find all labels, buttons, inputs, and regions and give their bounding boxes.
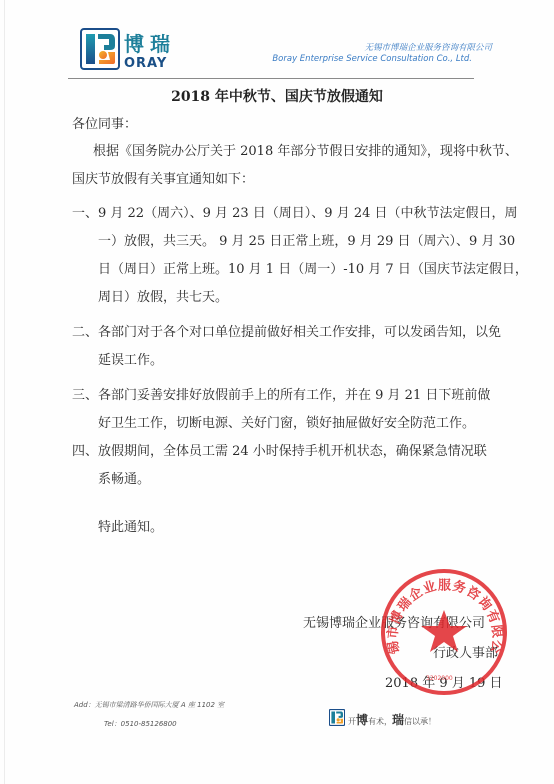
closing-remark: 特此通知。 bbox=[98, 516, 163, 535]
page-edge bbox=[4, 0, 5, 784]
header-divider bbox=[68, 78, 474, 79]
salutation: 各位同事： bbox=[72, 113, 137, 132]
item-1-line-4: 周日）放假，共七天。 bbox=[98, 286, 228, 305]
logo-english-name: ORAY bbox=[124, 56, 167, 71]
company-name-en: Boray Enterprise Service Consultation Co… bbox=[272, 54, 472, 64]
intro-line-1: 根据《国务院办公厅关于 2018 年部分节假日安排的通知》，现将中秋节、 bbox=[93, 138, 518, 166]
company-logo: 博瑞 ORAY bbox=[80, 28, 190, 72]
item-3-line-1: 三、各部门妥善安排好放假前手上的所有工作，并在 9 月 21 日下班前做 bbox=[72, 384, 490, 403]
slogan-part-1: 开 bbox=[348, 717, 356, 726]
star-icon bbox=[421, 610, 467, 652]
item-1-line-2: 一）放假，共三天。 9 月 25 日正常上班，9 月 29 日（周六）、9 月 … bbox=[98, 230, 515, 249]
document-title: 2018 年中秋节、国庆节放假通知 bbox=[0, 86, 554, 106]
svg-text:3202000: 3202000 bbox=[426, 675, 453, 682]
slogan-part-3: 有术， bbox=[368, 717, 392, 726]
company-name-cn: 无锡市博瑞企业服务咨询有限公司 bbox=[364, 41, 492, 53]
document-page: 博瑞 ORAY 无锡市博瑞企业服务咨询有限公司 Boray Enterprise… bbox=[0, 0, 554, 784]
item-2-line-1: 二、各部门对于各个对口单位提前做好相关工作安排，可以发函告知，以免 bbox=[72, 321, 501, 340]
company-seal-stamp: 无锡市博瑞企业服务咨询有限公司 3202000 bbox=[378, 566, 510, 698]
slogan-part-4: 瑞 bbox=[392, 713, 404, 727]
slogan-text: 开博有术，瑞信以承！ bbox=[348, 711, 436, 728]
intro-line-2: 国庆节放假有关事宜通知如下： bbox=[72, 166, 254, 194]
footer-telephone: Tel：0510-85126800 bbox=[104, 719, 177, 729]
item-1-line-1: 一、9 月 22（周六）、9 月 23 日（周日）、9 月 24 日（中秋节法定… bbox=[72, 202, 518, 221]
item-4-line-1: 四、放假期间，全体员工需 24 小时保持手机开机状态，确保紧急情况联 bbox=[72, 440, 487, 459]
logo-b-icon bbox=[80, 28, 120, 70]
slogan-part-2: 博 bbox=[356, 713, 368, 727]
footer-address: Add：无锡市梁清路华侨国际大厦 A 座 1102 室 bbox=[74, 700, 224, 710]
slogan-part-5: 信以承！ bbox=[404, 717, 436, 726]
item-3-line-2: 好卫生工作，切断电源、关好门窗，锁好抽屉做好安全防范工作。 bbox=[98, 412, 475, 431]
item-1-line-3: 日（周日）正常上班。10 月 1 日（周一）-10 月 7 日（国庆节法定假日， bbox=[98, 258, 528, 277]
logo-chinese-name: 博瑞 bbox=[124, 28, 176, 57]
item-2-line-2: 延误工作。 bbox=[98, 349, 163, 368]
item-4-line-2: 系畅通。 bbox=[98, 468, 150, 487]
logo-b-small-icon bbox=[329, 709, 345, 726]
